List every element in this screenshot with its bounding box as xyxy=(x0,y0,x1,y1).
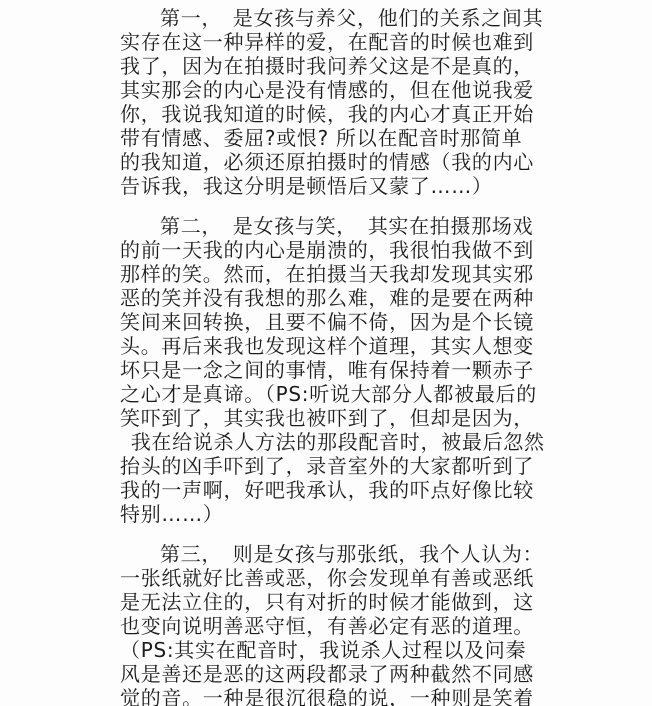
paragraph-second: 第二， 是女孩与笑， 其实在拍摄那场戏 的前一天我的内心是崩溃的，我很怕我做不到… xyxy=(120,214,564,526)
page: 第一， 是女孩与养父，他们的关系之间其 实存在这一种异样的爱，在配音的时候也难到… xyxy=(0,0,652,706)
text-document: 第一， 是女孩与养父，他们的关系之间其 实存在这一种异样的爱，在配音的时候也难到… xyxy=(120,6,564,706)
paragraph-third: 第三， 则是女孩与那张纸，我个人认为： 一张纸就好比善或恶，你会发现单有善或恶纸… xyxy=(120,542,564,706)
paragraph-first: 第一， 是女孩与养父，他们的关系之间其 实存在这一种异样的爱，在配音的时候也难到… xyxy=(120,6,564,198)
